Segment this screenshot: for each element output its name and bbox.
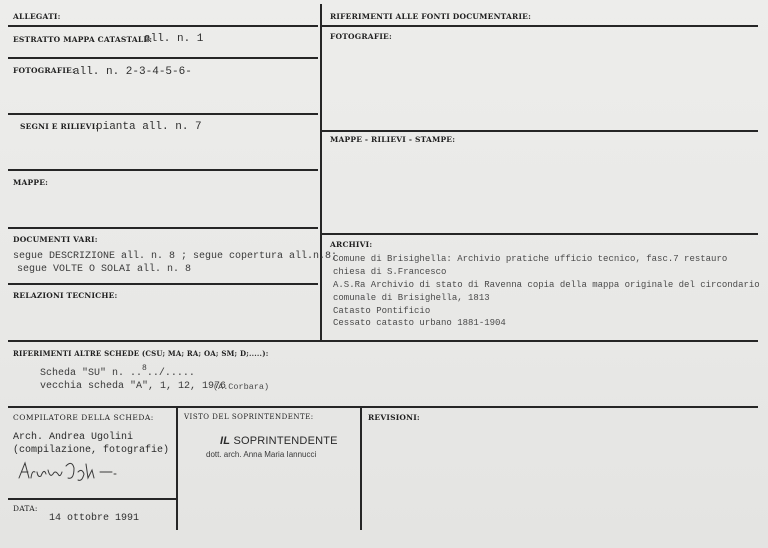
signature-image <box>16 458 136 484</box>
vecchia-scheda-author: (A.Corbara) <box>213 382 269 392</box>
documenti-vari-line[interactable]: segue VOLTE O SOLAI all. n. 8 <box>17 264 191 275</box>
compilatore-role[interactable]: (compilazione, fotografie) <box>13 445 169 456</box>
divider <box>8 498 176 500</box>
archivi-label: ARCHIVI: <box>330 240 372 249</box>
riferimenti-altre-schede-label: RIFERIMENTI ALTRE SCHEDE (CSU; MA; RA; O… <box>13 349 269 358</box>
archivi-line[interactable]: chiesa di S.Francesco <box>333 267 446 277</box>
vecchia-scheda-reference[interactable]: vecchia scheda "A", 1, 12, 1976 <box>40 381 226 392</box>
scheda-su-number: 8 <box>142 364 147 373</box>
estratto-mappa-value[interactable]: all. n. 1 <box>144 33 203 45</box>
divider <box>8 169 318 171</box>
column-divider <box>176 406 178 530</box>
divider <box>321 25 758 27</box>
scheda-su-reference[interactable]: Scheda "SU" n. ..8../..... <box>40 368 195 379</box>
scheda-su-prefix: Scheda "SU" n. .. <box>40 368 142 379</box>
documenti-vari-label: DOCUMENTI VARI: <box>13 235 98 244</box>
archivi-line[interactable]: Comune di Brisighella: Archivio pratiche… <box>333 254 727 264</box>
mappe-label: MAPPE: <box>13 178 48 187</box>
archivi-line[interactable]: A.S.Ra Archivio di stato di Ravenna copi… <box>333 280 760 290</box>
visto-label: VISTO DEL SOPRINTENDENTE: <box>184 413 314 421</box>
divider <box>8 57 318 59</box>
divider <box>8 406 758 408</box>
mappe-rilievi-stampe-label: MAPPE - RILIEVI - STAMPE: <box>330 135 455 144</box>
divider <box>321 233 758 235</box>
scheda-su-suffix: ../..... <box>147 368 195 379</box>
column-divider <box>360 406 362 530</box>
soprintendente-stamp-name: dott. arch. Anna Maria Iannucci <box>206 450 316 459</box>
archivi-line[interactable]: Catasto Pontificio <box>333 306 430 316</box>
compilatore-name[interactable]: Arch. Andrea Ugolini <box>13 432 133 443</box>
documenti-vari-line[interactable]: segue DESCRIZIONE all. n. 8 ; segue cope… <box>13 251 337 262</box>
revisioni-label: REVISIONI: <box>368 413 420 422</box>
divider <box>8 227 318 229</box>
segni-rilievi-label: SEGNI E RILIEVI: <box>20 122 98 131</box>
fotografie-value[interactable]: all. n. 2-3-4-5-6- <box>73 66 192 78</box>
compilatore-label: COMPILATORE DELLA SCHEDA: <box>13 413 154 422</box>
divider <box>321 130 758 132</box>
fotografie-label: FOTOGRAFIE: <box>13 66 75 75</box>
riferimenti-fonti-label: RIFERIMENTI ALLE FONTI DOCUMENTARIE: <box>330 12 531 21</box>
column-divider <box>320 4 322 341</box>
data-value[interactable]: 14 ottobre 1991 <box>49 513 139 524</box>
catalog-form-sheet: ALLEGATI: ESTRATTO MAPPA CATASTALE: all.… <box>0 0 768 548</box>
data-label: DATA: <box>13 504 38 513</box>
divider <box>8 283 318 285</box>
soprintendente-stamp-title: IL SOPRINTENDENTE <box>220 435 338 447</box>
estratto-mappa-label: ESTRATTO MAPPA CATASTALE: <box>13 35 152 44</box>
stamp-title: SOPRINTENDENTE <box>233 435 337 447</box>
segni-rilievi-value[interactable]: pianta all. n. 7 <box>96 121 202 133</box>
fonti-fotografie-label: FOTOGRAFIE: <box>330 32 392 41</box>
allegati-label: ALLEGATI: <box>13 12 61 21</box>
relazioni-tecniche-label: RELAZIONI TECNICHE: <box>13 291 118 300</box>
stamp-prefix: IL <box>220 435 230 447</box>
divider <box>8 340 758 342</box>
divider <box>8 113 318 115</box>
divider <box>8 25 318 27</box>
archivi-line[interactable]: Cessato catasto urbano 1881-1904 <box>333 318 506 328</box>
archivi-line[interactable]: comunale di Brisighella, 1813 <box>333 293 490 303</box>
